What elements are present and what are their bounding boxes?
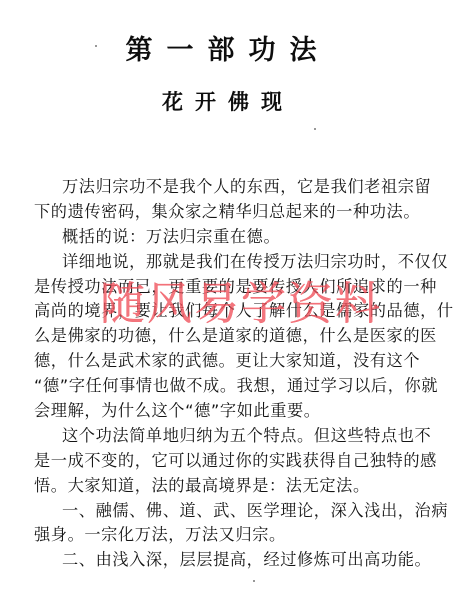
- text-line: 是一成不变的，它可以通过你的实践获得自己独特的感: [34, 449, 432, 474]
- watermark: 随风易学资料: [100, 267, 382, 332]
- chapter-title: 第一部功法: [0, 28, 456, 67]
- scan-speck: [253, 580, 255, 582]
- body-text: 万法归宗功不是我个人的东西，它是我们老祖宗留 下的遗传密码，集众家之精华归总起来…: [34, 175, 432, 573]
- scan-speck: [95, 45, 97, 47]
- text-line: 德，什么是武术家的武德。更让大家知道，没有这个: [34, 349, 432, 374]
- text-line: 强身。一宗化万法，万法又归宗。: [34, 523, 432, 548]
- text-line: 会理解，为什么这个“德”字如此重要。: [34, 399, 432, 424]
- text-line: 下的遗传密码，集众家之精华归总起来的一种功法。: [34, 200, 432, 225]
- text-line: 一、融儒、佛、道、武、医学理论，深入浅出，治病: [34, 499, 432, 524]
- text-line: “德”字任何事情也做不成。我想，通过学习以后，你就: [34, 374, 432, 399]
- scan-speck: [314, 128, 316, 130]
- text-line: 概括的说：万法归宗重在德。: [34, 225, 432, 250]
- text-line: 悟。大家知道，法的最高境界是：法无定法。: [34, 474, 432, 499]
- text-line: 这个功法简单地归纳为五个特点。但这些特点也不: [34, 424, 432, 449]
- text-line: 万法归宗功不是我个人的东西，它是我们老祖宗留: [34, 175, 432, 200]
- section-subtitle: 花开佛现: [0, 86, 456, 116]
- text-line: 二、由浅入深，层层提高，经过修炼可出高功能。: [34, 548, 432, 573]
